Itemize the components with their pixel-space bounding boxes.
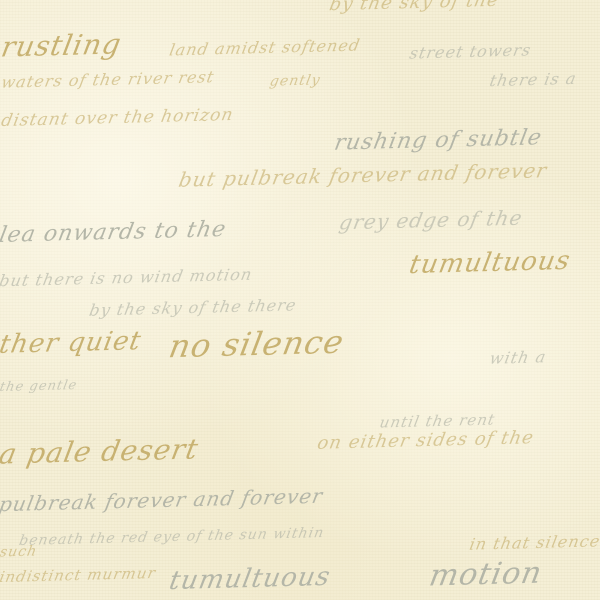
handwritten-phrase: lea onwards to the [0,219,228,247]
handwritten-phrase: with a [488,349,547,366]
handwritten-phrase: motion [427,559,545,592]
handwritten-phrase: ther quiet [0,328,144,358]
handwritten-phrase: until the rent [378,413,496,431]
handwritten-phrase: gently [269,73,322,88]
handwritten-phrase: by the sky of the there [88,297,298,318]
handwritten-phrase: tumultuous [167,564,333,594]
handwritten-phrase: such [0,545,38,560]
handwritten-phrase: pulbreak forever and forever [0,486,325,514]
handwritten-phrase: the gentle [0,379,78,394]
handwritten-phrase: no silence [167,326,347,363]
handwritten-phrase: indistinct murmur [0,566,157,585]
handwritten-phrase: distant over the horizon [0,107,235,130]
handwritten-phrase: on either sides of the [316,429,536,453]
handwritten-phrase: but there is no wind motion [0,267,254,290]
handwritten-phrase: but pulbreak forever and forever [177,160,549,190]
handwritten-phrase: tumultuous [407,248,573,278]
handwritten-phrase: grey edge of the [338,208,525,233]
handwritten-phrase: rushing of subtle [332,127,543,154]
handwritten-phrase: waters of the river rest [0,69,216,91]
handwritten-phrase: land amidst softened [168,38,362,59]
handwritten-phrase: street towers [408,42,532,61]
handwritten-phrase: a pale desert [0,435,201,468]
script-wallpaper-texture: by the sky of therustlingland amidst sof… [0,0,600,600]
handwritten-phrase: beneath the red eye of the sun within [18,526,326,548]
handwritten-phrase: by the sky of the [328,0,501,14]
handwritten-phrase: there is a [488,71,578,89]
handwritten-phrase: rustling [0,30,124,61]
handwritten-phrase: in that silence [468,533,600,552]
